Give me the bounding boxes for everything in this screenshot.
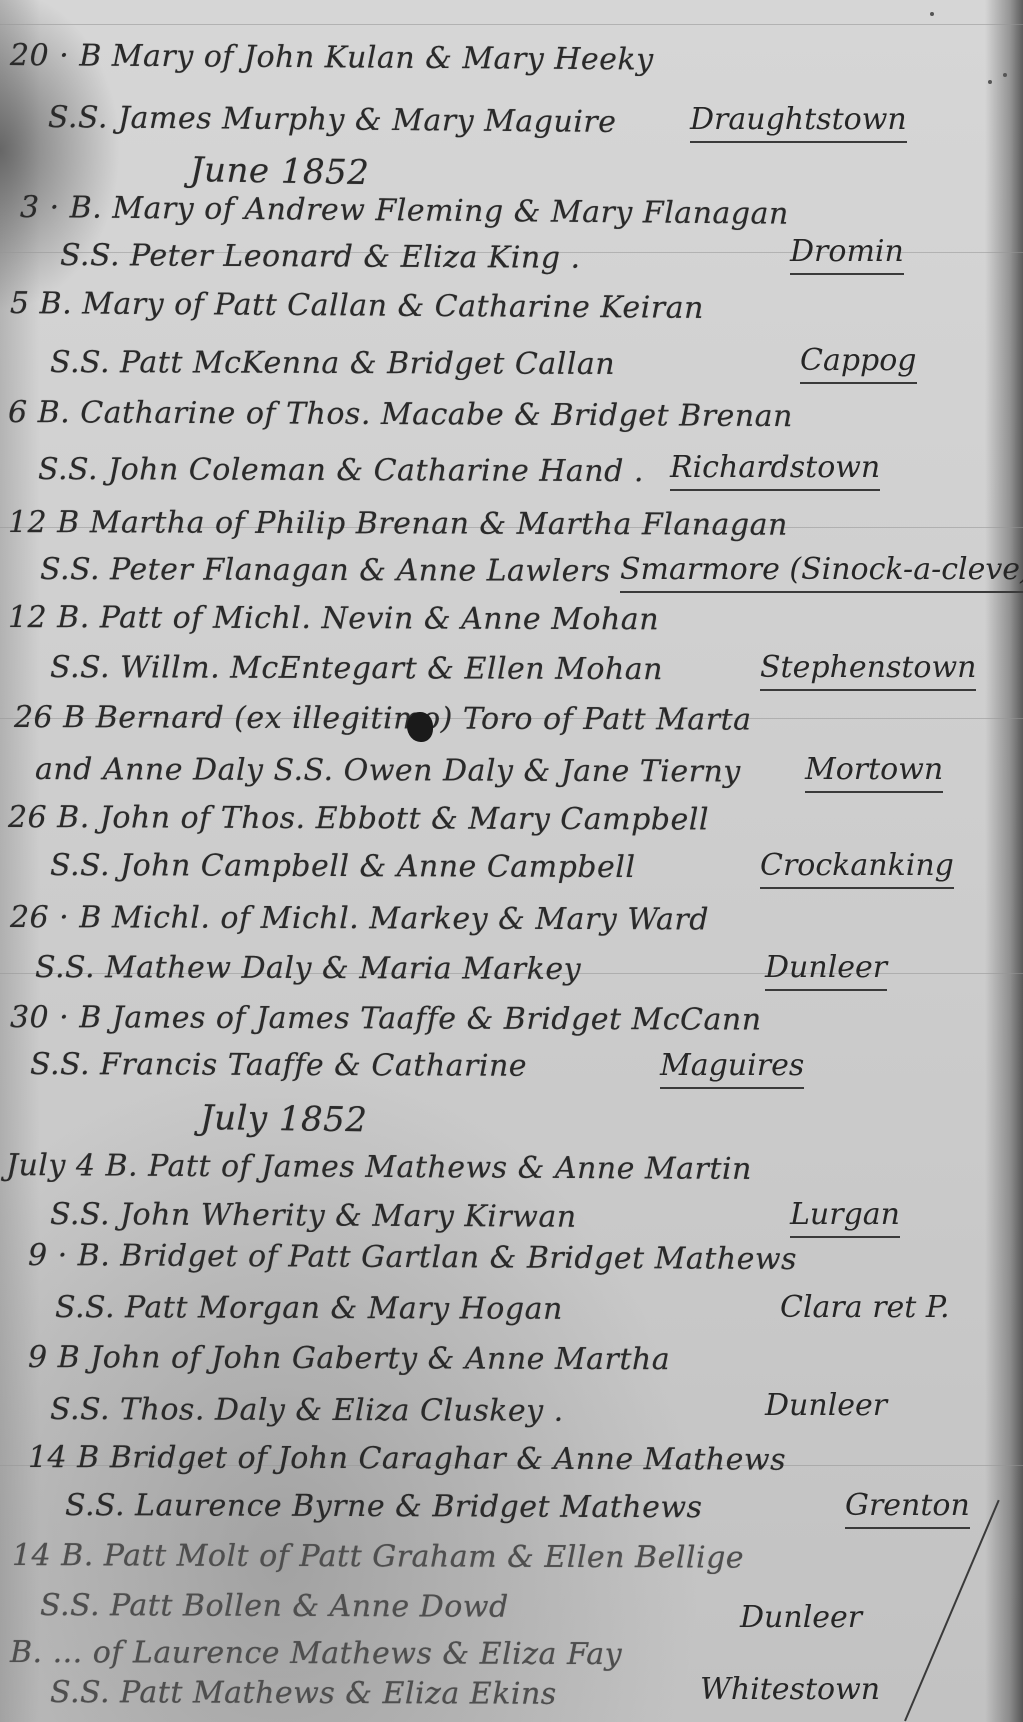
- place-name: Clara ret P.: [780, 1290, 950, 1329]
- register-line: 9 B John of John Gaberty & Anne Martha: [28, 1340, 670, 1377]
- place-name: Grenton: [845, 1488, 970, 1529]
- place-name: Dromin: [790, 234, 904, 275]
- register-line: 26 · B Michl. of Michl. Markey & Mary Wa…: [10, 900, 709, 937]
- place-name: Lurgan: [790, 1197, 900, 1238]
- register-line: 3 · B. Mary of Andrew Fleming & Mary Fla…: [20, 190, 789, 232]
- place-name: Draughtstown: [690, 102, 907, 143]
- register-line: 6 B. Catharine of Thos. Macabe & Bridget…: [8, 395, 793, 434]
- register-line: S.S. Patt Morgan & Mary Hogan: [55, 1290, 563, 1327]
- place-name: Cappog: [800, 343, 917, 384]
- register-line: 14 B Bridget of John Caraghar & Anne Mat…: [28, 1440, 786, 1478]
- ruling-line: [0, 24, 1023, 25]
- register-line: 26 B. John of Thos. Ebbott & Mary Campbe…: [8, 800, 709, 837]
- register-line: B. ... of Laurence Mathews & Eliza Fay: [10, 1635, 622, 1672]
- place-name: Dunleer: [740, 1600, 862, 1639]
- register-line: July 4 B. Patt of James Mathews & Anne M…: [6, 1148, 752, 1187]
- place-name: Stephenstown: [760, 650, 976, 691]
- register-line: S.S. John Campbell & Anne Campbell: [50, 848, 636, 885]
- place-name: Smarmore (Sinock-a-cleve): [620, 552, 1023, 593]
- register-line: S.S. Patt McKenna & Bridget Callan: [50, 345, 615, 382]
- register-line: S.S. James Murphy & Mary Maguire: [48, 100, 617, 140]
- place-name: Dunleer: [765, 1388, 887, 1427]
- place-name: Mortown: [805, 752, 943, 793]
- register-line: S.S. John Coleman & Catharine Hand .: [38, 452, 644, 489]
- place-name: Whitestown: [700, 1672, 880, 1711]
- place-name: Dunleer: [765, 950, 887, 991]
- ink-blot: [407, 712, 433, 742]
- register-page: 20 · B Mary of John Kulan & Mary Heeky S…: [0, 0, 1023, 1722]
- register-line: 26 B Bernard (ex illegitimo) Toro of Pat…: [14, 700, 752, 738]
- register-line: 9 · B. Bridget of Patt Gartlan & Bridget…: [28, 1238, 797, 1277]
- register-line: S.S. John Wherity & Mary Kirwan: [50, 1197, 577, 1235]
- place-name: Maguires: [660, 1048, 804, 1089]
- register-line: 12 B Martha of Philip Brenan & Martha Fl…: [8, 505, 788, 543]
- month-heading: June 1852: [190, 150, 370, 193]
- register-line: S.S. Francis Taaffe & Catharine: [30, 1047, 527, 1084]
- place-name: Crockanking: [760, 848, 954, 889]
- register-line: 12 B. Patt of Michl. Nevin & Anne Mohan: [8, 600, 659, 637]
- pen-stroke: [904, 1500, 1000, 1722]
- register-line: S.S. Patt Bollen & Anne Dowd: [40, 1588, 509, 1625]
- register-line: S.S. Laurence Byrne & Bridget Mathews: [65, 1488, 703, 1525]
- paper-speck: [988, 80, 992, 84]
- register-line: 5 B. Mary of Patt Callan & Catharine Kei…: [10, 286, 704, 326]
- place-name: Richardstown: [670, 450, 880, 491]
- month-heading: July 1852: [200, 1098, 368, 1140]
- paper-speck: [930, 12, 934, 16]
- paper-speck: [1003, 73, 1007, 77]
- register-line: and Anne Daly S.S. Owen Daly & Jane Tier…: [35, 752, 741, 789]
- register-line: 30 · B James of James Taaffe & Bridget M…: [10, 1000, 762, 1038]
- register-line: S.S. Willm. McEntegart & Ellen Mohan: [50, 650, 663, 687]
- register-line: S.S. Thos. Daly & Eliza Cluskey .: [50, 1392, 564, 1429]
- register-line: S.S. Mathew Daly & Maria Markey: [35, 950, 581, 987]
- register-line: S.S. Peter Flanagan & Anne Lawlers: [40, 552, 611, 589]
- register-line: S.S. Patt Mathews & Eliza Ekins: [50, 1675, 557, 1712]
- register-line: S.S. Peter Leonard & Eliza King .: [60, 238, 581, 276]
- register-line: 14 B. Patt Molt of Patt Graham & Ellen B…: [12, 1538, 744, 1576]
- register-line: 20 · B Mary of John Kulan & Mary Heeky: [10, 38, 654, 77]
